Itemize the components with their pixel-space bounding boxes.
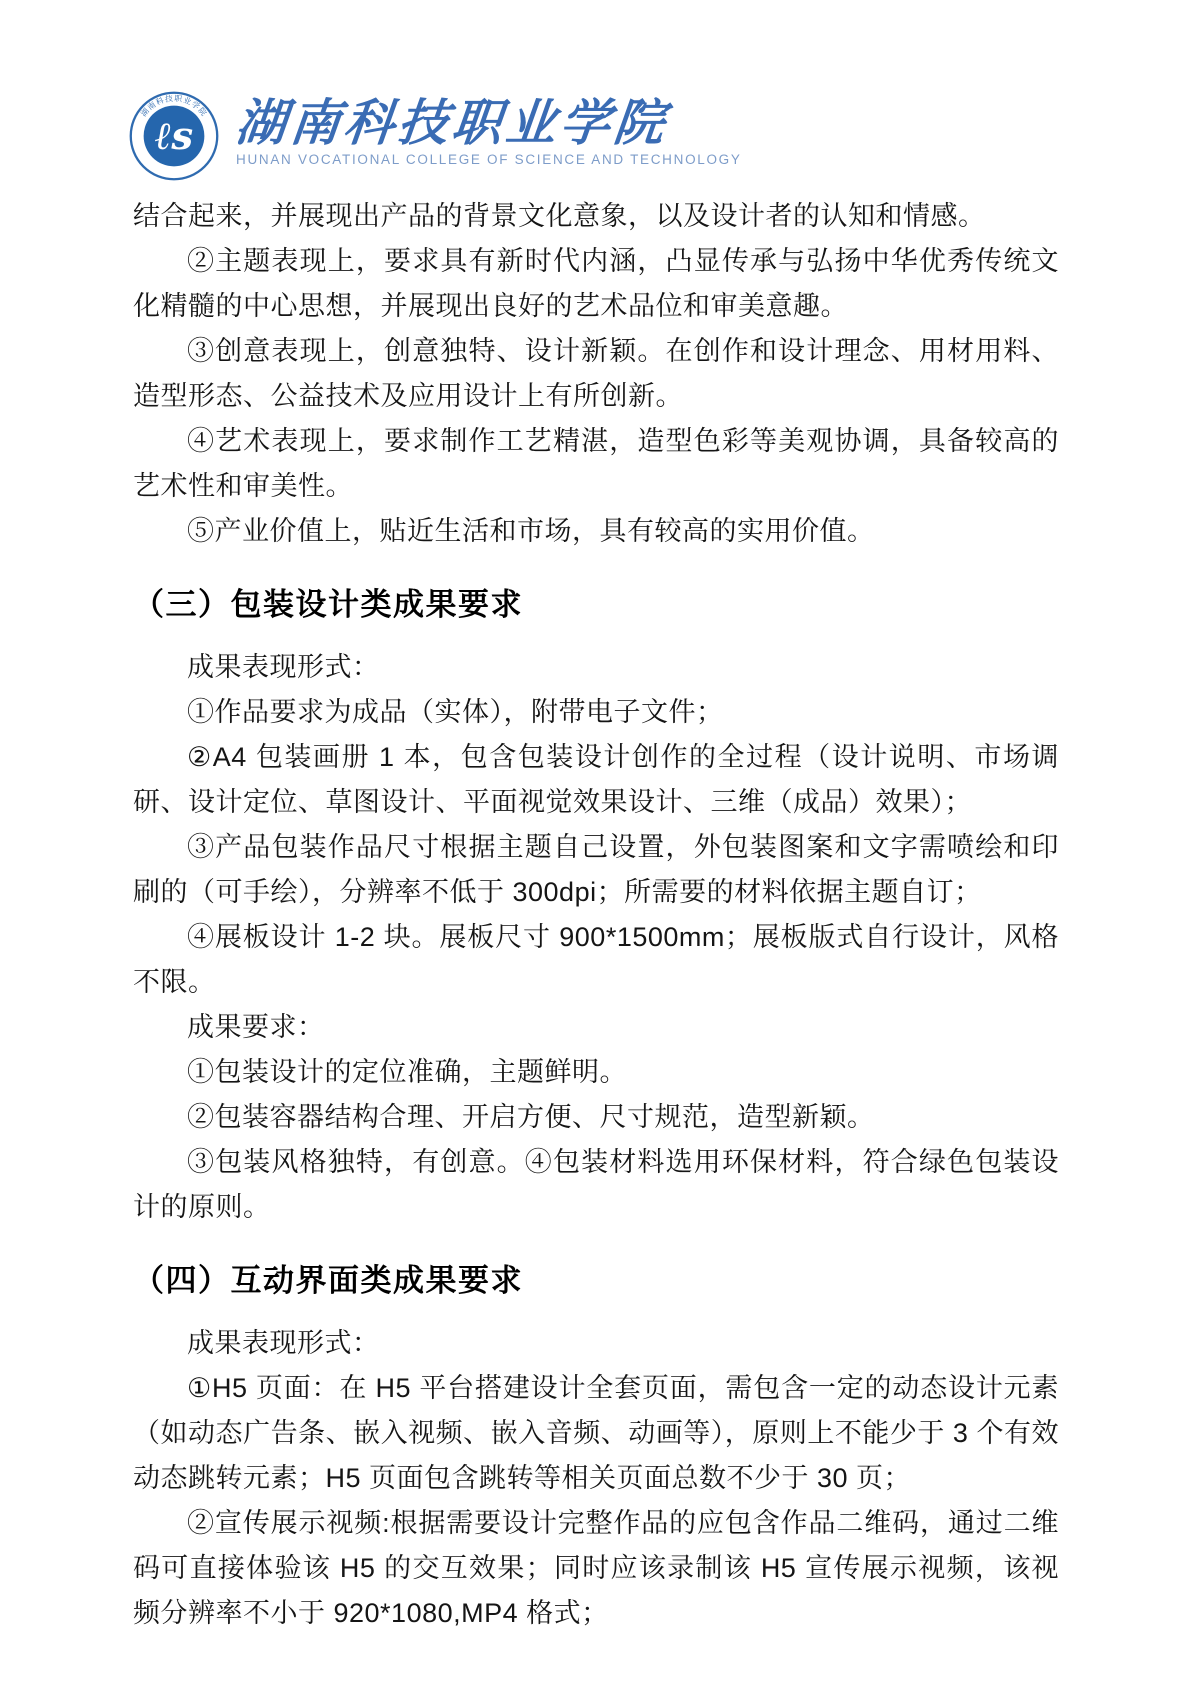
college-logo-text: 湖南科技职业学院 HUNAN VOCATIONAL COLLEGE OF SCI… <box>236 90 742 167</box>
body-paragraph: ②宣传展示视频:根据需要设计完整作品的应包含作品二维码，通过二维码可直接体验该 … <box>133 1501 1059 1636</box>
body-paragraph: ①作品要求为成品（实体），附带电子文件； <box>133 690 1059 735</box>
body-paragraph: 成果表现形式： <box>133 645 1059 690</box>
college-name-english: HUNAN VOCATIONAL COLLEGE OF SCIENCE AND … <box>236 152 742 167</box>
body-paragraph: ③产品包装作品尺寸根据主题自己设置，外包装图案和文字需喷绘和印刷的（可手绘），分… <box>133 825 1059 915</box>
body-paragraph: ③包装风格独特，有创意。④包装材料选用环保材料，符合绿色包装设计的原则。 <box>133 1140 1059 1230</box>
body-paragraph: ②包装容器结构合理、开启方便、尺寸规范，造型新颖。 <box>133 1095 1059 1140</box>
body-paragraph: 结合起来，并展现出产品的背景文化意象，以及设计者的认知和情感。 <box>133 194 1059 239</box>
body-paragraph: ①H5 页面：在 H5 平台搭建设计全套页面，需包含一定的动态设计元素（如动态广… <box>133 1366 1059 1501</box>
section-heading-2: （四）互动界面类成果要求 <box>133 1258 1059 1304</box>
body-paragraph: 成果表现形式： <box>133 1321 1059 1366</box>
body-paragraph: ②主题表现上，要求具有新时代内涵，凸显传承与弘扬中华优秀传统文化精髓的中心思想，… <box>133 239 1059 329</box>
body-paragraph: 成果要求： <box>133 1005 1059 1050</box>
body-paragraph: ③创意表现上，创意独特、设计新颖。在创作和设计理念、用材用料、造型形态、公益技术… <box>133 329 1059 419</box>
body-paragraph: ④展板设计 1-2 块。展板尺寸 900*1500mm；展板版式自行设计，风格不… <box>133 915 1059 1005</box>
body-paragraph: ⑤产业价值上，贴近生活和市场，具有较高的实用价值。 <box>133 509 1059 554</box>
college-name-calligraphy: 湖南科技职业学院 <box>233 98 744 148</box>
college-emblem-icon: 湖南科技职业学院 ℓs <box>128 90 220 182</box>
document-body: 结合起来，并展现出产品的背景文化意象，以及设计者的认知和情感。②主题表现上，要求… <box>133 194 1059 1636</box>
body-paragraph: ②A4 包装画册 1 本，包含包装设计创作的全过程（设计说明、市场调研、设计定位… <box>133 735 1059 825</box>
section-heading-1: （三）包装设计类成果要求 <box>133 582 1059 628</box>
emblem-monogram: ℓs <box>155 114 193 159</box>
body-paragraph: ①包装设计的定位准确，主题鲜明。 <box>133 1050 1059 1095</box>
college-logo: 湖南科技职业学院 ℓs 湖南科技职业学院 HUNAN VOCATIONAL CO… <box>128 90 742 186</box>
document-page: 湖南科技职业学院 ℓs 湖南科技职业学院 HUNAN VOCATIONAL CO… <box>0 0 1191 1684</box>
body-paragraph: ④艺术表现上，要求制作工艺精湛，造型色彩等美观协调，具备较高的艺术性和审美性。 <box>133 419 1059 509</box>
